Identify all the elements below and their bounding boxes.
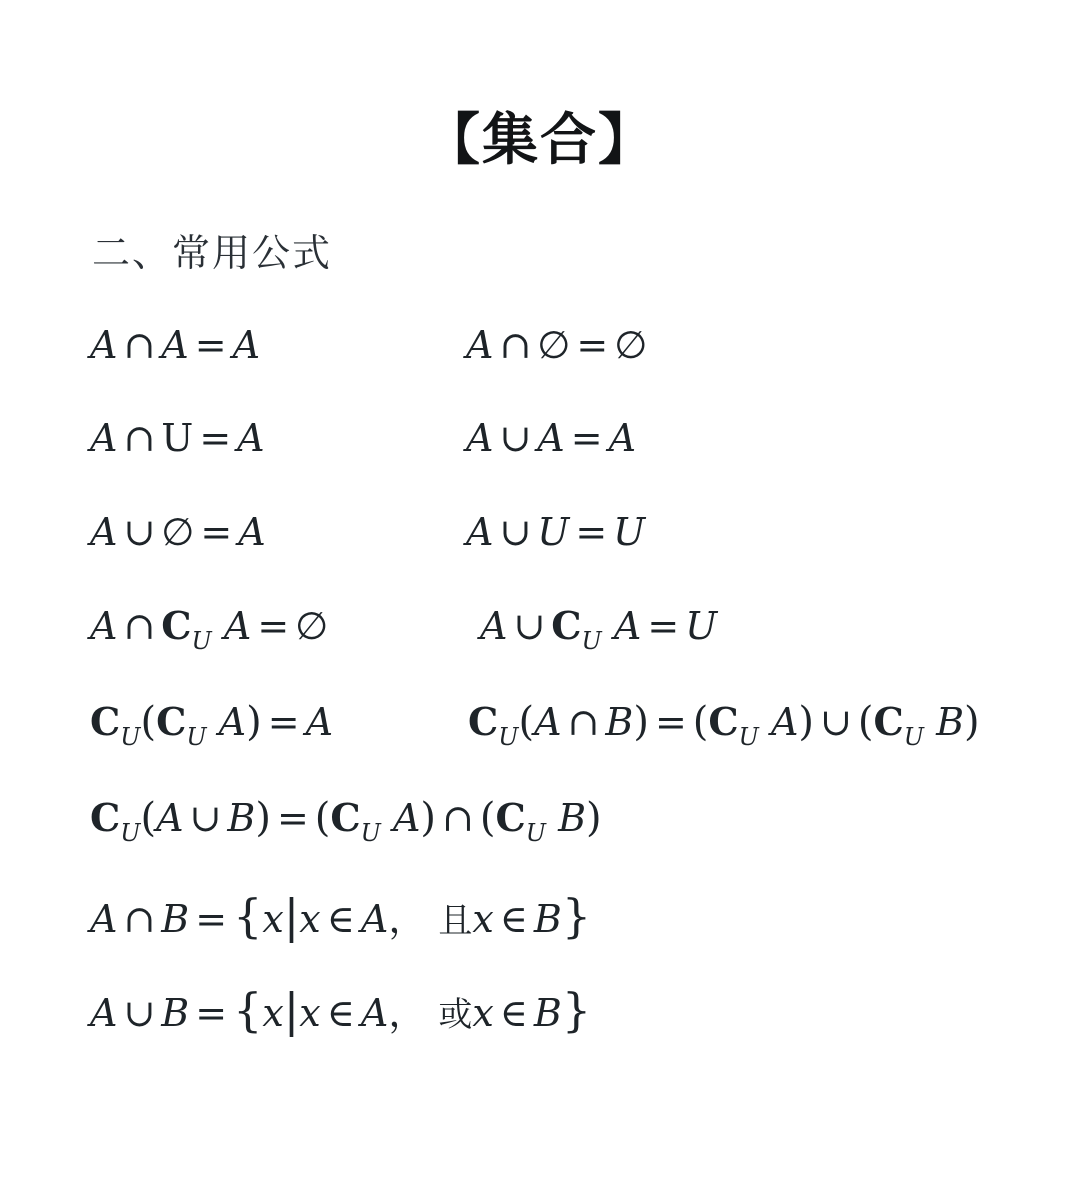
var-a: A <box>537 416 564 460</box>
var-b: B <box>605 700 633 744</box>
left-paren: ( <box>693 699 709 745</box>
var-a: A <box>393 796 420 840</box>
var-a: A <box>237 416 264 460</box>
formula-intersection-definition: A∩B={x|x∈A，且x∈B} <box>90 893 591 939</box>
complement-symbol: C <box>90 795 120 840</box>
var-x: x <box>472 897 493 941</box>
equals-symbol: = <box>194 510 238 554</box>
var-a: A <box>614 604 641 648</box>
var-a: A <box>161 323 188 367</box>
union-symbol: ∪ <box>184 796 228 840</box>
equals-symbol: = <box>251 604 295 648</box>
var-a: A <box>466 323 493 367</box>
comma: ， <box>388 897 438 941</box>
union-symbol: ∪ <box>117 510 161 554</box>
complement-symbol: C <box>551 603 581 648</box>
comma: ， <box>388 991 438 1035</box>
formula-de-morgan-union: CU(A∪B)=(CU A)∩(CU B) <box>90 798 602 838</box>
formula-union-complement: A∪CU A=U <box>480 607 717 645</box>
complement-symbol: C <box>873 699 903 744</box>
or-word: 或 <box>438 995 472 1035</box>
right-paren: ) <box>255 795 271 841</box>
equals-symbol: = <box>189 897 233 941</box>
complement-symbol: C <box>330 795 360 840</box>
complement-subscript: U <box>739 723 759 751</box>
intersection-symbol: ∩ <box>117 604 161 648</box>
formula-union-empty: A∪∅=A <box>90 513 266 551</box>
element-of-symbol: ∈ <box>494 897 534 941</box>
var-a: A <box>219 700 246 744</box>
var-x: x <box>262 991 283 1035</box>
complement-subscript: U <box>361 819 381 847</box>
var-a: A <box>466 416 493 460</box>
var-a: A <box>90 604 117 648</box>
complement-subscript: U <box>526 819 546 847</box>
equals-symbol: = <box>271 796 315 840</box>
complement-subscript: U <box>904 723 924 751</box>
var-a: A <box>771 700 798 744</box>
intersection-symbol: ∩ <box>562 700 606 744</box>
var-a: A <box>306 700 333 744</box>
union-symbol: ∪ <box>117 991 161 1035</box>
equals-symbol: = <box>570 323 614 367</box>
complement-subscript: U <box>120 819 140 847</box>
left-paren: ( <box>315 795 331 841</box>
var-u: U <box>685 604 717 648</box>
var-b: B <box>227 796 255 840</box>
var-x: x <box>299 897 320 941</box>
equals-symbol: = <box>569 510 613 554</box>
union-symbol: ∪ <box>814 700 858 744</box>
intersection-symbol: ∩ <box>117 323 161 367</box>
union-symbol: ∪ <box>493 510 537 554</box>
complement-symbol: C <box>495 795 525 840</box>
var-b: B <box>936 700 964 744</box>
equals-symbol: = <box>641 604 685 648</box>
var-b: B <box>558 796 586 840</box>
intersection-symbol: ∩ <box>117 416 161 460</box>
complement-symbol: C <box>708 699 738 744</box>
var-x: x <box>262 897 283 941</box>
empty-set-symbol: ∅ <box>161 510 194 554</box>
left-paren: ( <box>858 699 874 745</box>
var-a: A <box>90 991 117 1035</box>
document-title: 【集合】 <box>0 96 1080 176</box>
right-paren: ) <box>586 795 602 841</box>
element-of-symbol: ∈ <box>494 991 534 1035</box>
equals-symbol: = <box>189 323 233 367</box>
var-x: x <box>472 991 493 1035</box>
var-a: A <box>90 897 117 941</box>
complement-symbol: C <box>156 699 186 744</box>
complement-subscript: U <box>582 627 602 655</box>
formula-de-morgan-intersection: CU(A∩B)=(CU A)∪(CU B) <box>468 702 980 742</box>
complement-subscript: U <box>498 723 518 751</box>
var-a: A <box>361 991 388 1035</box>
formula-union-definition: A∪B={x|x∈A，或x∈B} <box>90 987 591 1033</box>
formula-intersection-empty: A∩∅=∅ <box>466 326 647 364</box>
var-a: A <box>480 604 507 648</box>
equals-symbol: = <box>649 700 693 744</box>
empty-set-symbol: ∅ <box>614 323 647 367</box>
var-u: U <box>537 510 569 554</box>
complement-subscript: U <box>186 723 206 751</box>
complement-symbol: C <box>90 699 120 744</box>
formula-intersection-self: A∩A=A <box>90 326 260 364</box>
such-that-bar: | <box>284 889 300 943</box>
left-paren: ( <box>140 699 156 745</box>
empty-set-symbol: ∅ <box>295 604 328 648</box>
equals-symbol: = <box>262 700 306 744</box>
universe-symbol: U <box>161 416 193 460</box>
var-a: A <box>90 510 117 554</box>
complement-subscript: U <box>120 723 140 751</box>
left-paren: ( <box>518 699 534 745</box>
intersection-symbol: ∩ <box>436 796 480 840</box>
var-a: A <box>361 897 388 941</box>
var-a: A <box>609 416 636 460</box>
var-a: A <box>156 796 183 840</box>
var-a: A <box>466 510 493 554</box>
right-paren: ) <box>420 795 436 841</box>
element-of-symbol: ∈ <box>321 991 361 1035</box>
var-b: B <box>534 897 562 941</box>
formula-intersection-universe: A∩U=A <box>90 419 265 457</box>
equals-symbol: = <box>193 416 237 460</box>
var-x: x <box>299 991 320 1035</box>
var-b: B <box>161 897 189 941</box>
intersection-symbol: ∩ <box>493 323 537 367</box>
empty-set-symbol: ∅ <box>537 323 570 367</box>
such-that-bar: | <box>284 983 300 1037</box>
section-heading: 二、常用公式 <box>92 222 332 277</box>
right-brace: } <box>562 983 591 1037</box>
right-paren: ) <box>798 699 814 745</box>
var-b: B <box>161 991 189 1035</box>
formula-union-universe: A∪U=U <box>466 513 645 551</box>
var-a: A <box>224 604 251 648</box>
right-brace: } <box>562 889 591 943</box>
var-a: A <box>90 416 117 460</box>
element-of-symbol: ∈ <box>321 897 361 941</box>
equals-symbol: = <box>565 416 609 460</box>
union-symbol: ∪ <box>507 604 551 648</box>
intersection-symbol: ∩ <box>117 897 161 941</box>
left-paren: ( <box>480 795 496 841</box>
formula-union-self: A∪A=A <box>466 419 636 457</box>
left-brace: { <box>233 889 262 943</box>
union-symbol: ∪ <box>493 416 537 460</box>
var-b: B <box>534 991 562 1035</box>
var-a: A <box>233 323 260 367</box>
right-paren: ) <box>633 699 649 745</box>
right-paren: ) <box>246 699 262 745</box>
left-brace: { <box>233 983 262 1037</box>
var-a: A <box>238 510 265 554</box>
complement-symbol: C <box>468 699 498 744</box>
equals-symbol: = <box>189 991 233 1035</box>
right-paren: ) <box>964 699 980 745</box>
and-word: 且 <box>438 901 472 941</box>
formula-double-complement: CU(CU A)=A <box>90 702 333 742</box>
var-a: A <box>534 700 561 744</box>
complement-subscript: U <box>192 627 212 655</box>
var-u: U <box>613 510 645 554</box>
var-a: A <box>90 323 117 367</box>
left-paren: ( <box>140 795 156 841</box>
formula-intersection-complement: A∩CU A=∅ <box>90 607 328 645</box>
complement-symbol: C <box>161 603 191 648</box>
